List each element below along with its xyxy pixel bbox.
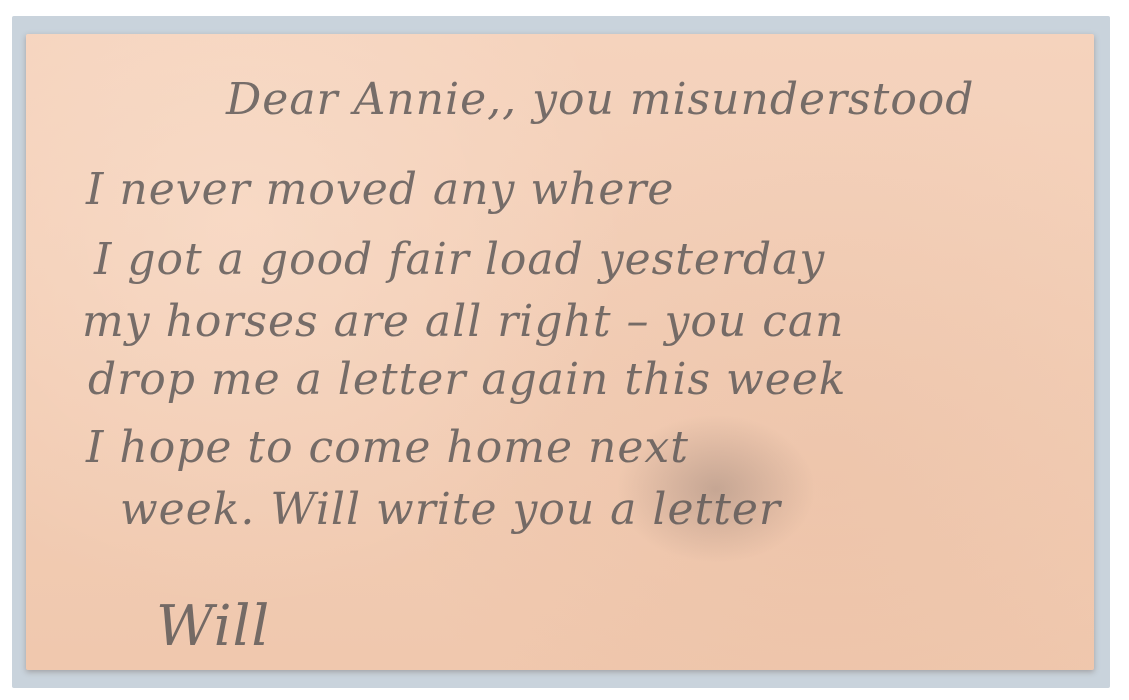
message-line-5: I hope to come home next: [86, 422, 689, 473]
message-line-1: I never moved any where: [86, 164, 674, 215]
signature: Will: [156, 594, 270, 659]
message-line-6: week. Will write you a letter: [120, 484, 781, 535]
message-line-2: I got a good fair load yesterday: [94, 234, 825, 285]
salutation-line: Dear Annie,, you misunderstood: [226, 74, 974, 125]
postcard: Dear Annie,, you misunderstood I never m…: [26, 34, 1094, 670]
message-line-4: drop me a letter again this week: [88, 354, 846, 405]
message-line-3: my horses are all right – you can: [82, 296, 844, 347]
